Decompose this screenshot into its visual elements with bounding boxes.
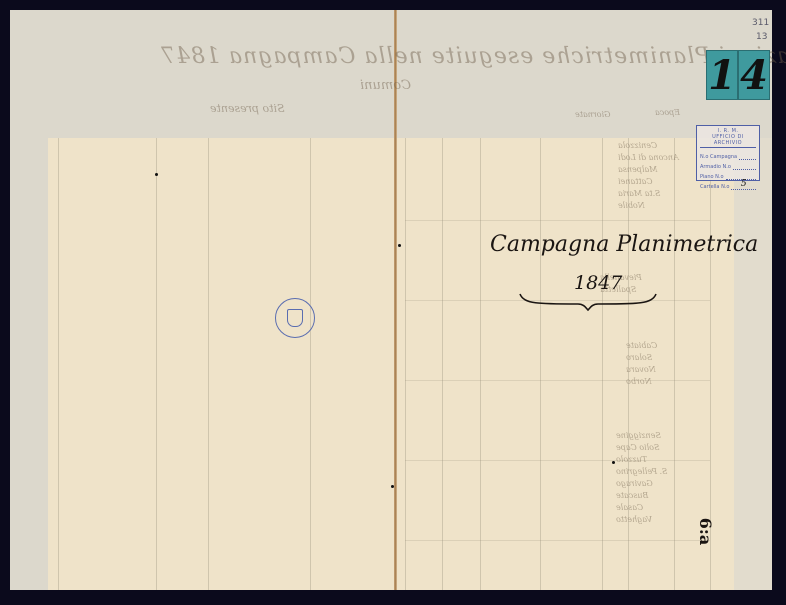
- bleed-through-heading: Operazioni Planimetriche eseguite nella …: [160, 44, 786, 69]
- stamp-row-cartella: Cartella N.o 5: [700, 180, 756, 190]
- binding-fold: [394, 10, 397, 590]
- bleed-through-col-2: Giornate: [575, 110, 610, 119]
- volume-digit-2: 4: [738, 50, 770, 100]
- archive-stamp: I. R. M. UFFICIO DI ARCHIVIO N.o Campagn…: [696, 125, 760, 181]
- side-number: 6:a: [696, 518, 715, 545]
- tissue-overlay-top: [10, 10, 772, 138]
- tissue-overlay-left: [10, 138, 48, 590]
- document-title: Campagna Planimetrica: [490, 232, 758, 257]
- volume-digit-1: 1: [706, 50, 738, 100]
- volume-number-label: 1 4: [706, 50, 770, 100]
- bleed-through-col-3: Sito presente: [210, 102, 285, 115]
- round-seal: [275, 298, 315, 338]
- stamp-row-armadio: Armadio N.o: [700, 160, 756, 170]
- stamp-row-piano: Piano N.o: [700, 170, 756, 180]
- crest-icon: [287, 309, 303, 327]
- pencil-note-bottom: 13: [756, 32, 767, 42]
- document-sheet: Operazioni Planimetriche eseguite nella …: [10, 10, 772, 590]
- bleed-through-col-1: Epoca: [655, 108, 680, 117]
- document-year: 1847: [574, 272, 622, 294]
- bleed-through-list-3: Cabiate Solaro Novara Norbo: [626, 340, 657, 388]
- pencil-note-top: 311: [752, 18, 769, 28]
- bleed-through-list-4: Senziggine Solio Cape Tuzzolo S. Pellegr…: [616, 430, 667, 526]
- bleed-through-list-1: Cenizzola Ancona di Lodi Malpensa Cattan…: [618, 140, 679, 212]
- tissue-overlay-right: [734, 138, 772, 590]
- stamp-row-campagna: N.o Campagna: [700, 150, 756, 160]
- title-flourish-icon: [518, 292, 658, 312]
- bleed-through-subheading: Comuni: [360, 78, 411, 93]
- stamp-header: I. R. M. UFFICIO DI ARCHIVIO: [700, 128, 756, 148]
